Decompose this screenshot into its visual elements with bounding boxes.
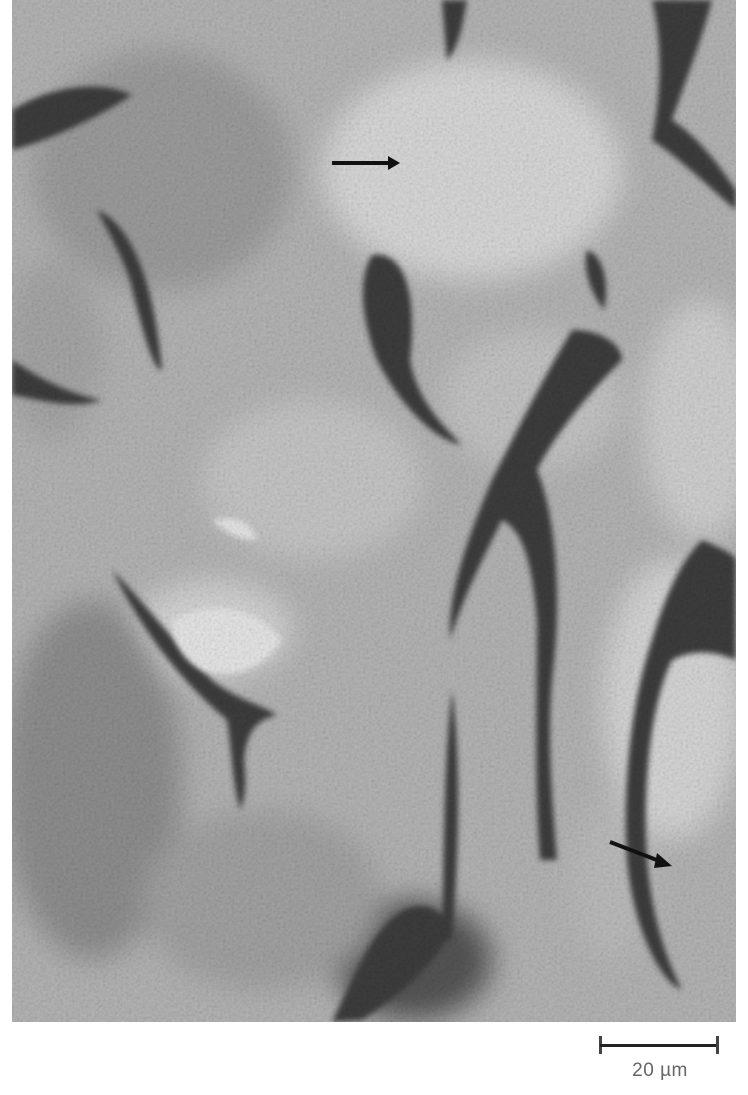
scale-bar-right-tick bbox=[716, 1036, 719, 1054]
micrograph-image bbox=[12, 0, 736, 1022]
scale-bar-line bbox=[600, 1044, 718, 1047]
scale-bar-label: 20 µm bbox=[596, 1060, 724, 1082]
scale-bar: 20 µm bbox=[596, 1030, 724, 1090]
